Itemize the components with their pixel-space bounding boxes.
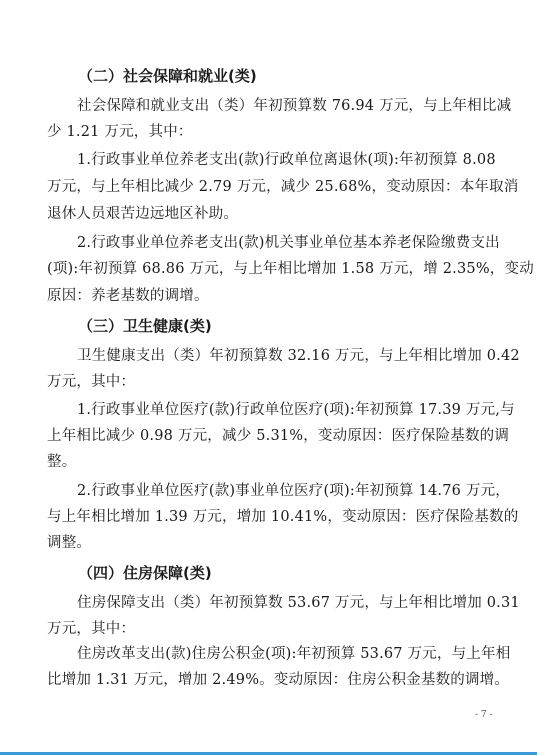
section-heading-health: （三）卫生健康(类) — [78, 316, 212, 336]
paragraph-line: 2.行政事业单位医疗(款)事业单位医疗(项):年初预算 14.76 万元， — [77, 481, 491, 501]
paragraph-line: 上年相比减少 0.98 万元，减少 5.31%，变动原因：医疗保险基数的调 — [47, 426, 491, 446]
document-page: （二）社会保障和就业(类) 社会保障和就业支出（类）年初预算数 76.94 万元… — [0, 0, 537, 755]
paragraph-line: 万元，其中： — [47, 619, 491, 639]
paragraph-line: 整。 — [47, 452, 491, 472]
paragraph-line: 退休人员艰苦边远地区补助。 — [47, 204, 491, 224]
paragraph-line: 1.行政事业单位医疗(款)行政单位医疗(项):年初预算 17.39 万元,与 — [77, 400, 491, 420]
paragraph-line: 比增加 1.31 万元，增加 2.49%。变动原因：住房公积金基数的调增。 — [47, 670, 491, 690]
paragraph-line: 2.行政事业单位养老支出(款)机关事业单位基本养老保险缴费支出 — [77, 233, 491, 253]
paragraph-line: 1.行政事业单位养老支出(款)行政单位离退休(项):年初预算 8.08 — [77, 150, 491, 170]
paragraph-line: 住房保障支出（类）年初预算数 53.67 万元，与上年相比增加 0.31 — [77, 593, 491, 613]
paragraph-line: 万元，与上年相比减少 2.79 万元，减少 25.68%，变动原因：本年取消 — [47, 177, 491, 197]
page-number: - 7 - — [475, 710, 493, 720]
paragraph-line: 社会保障和就业支出（类）年初预算数 76.94 万元，与上年相比减 — [77, 96, 491, 116]
section-heading-social-security: （二）社会保障和就业(类) — [78, 66, 257, 86]
paragraph-line: 与上年相比增加 1.39 万元，增加 10.41%，变动原因：医疗保险基数的 — [47, 507, 491, 527]
paragraph-line: 卫生健康支出（类）年初预算数 32.16 万元，与上年相比增加 0.42 — [77, 346, 491, 366]
paragraph-line: 原因：养老基数的调增。 — [47, 286, 491, 306]
paragraph-line: 万元，其中： — [47, 372, 491, 392]
paragraph-line: (项):年初预算 68.86 万元，与上年相比增加 1.58 万元，增 2.35… — [47, 259, 491, 279]
paragraph-line: 调整。 — [47, 533, 491, 553]
section-heading-housing: （四）住房保障(类) — [78, 563, 212, 583]
paragraph-line: 少 1.21 万元，其中： — [47, 122, 491, 142]
paragraph-line: 住房改革支出(款)住房公积金(项):年初预算 53.67 万元，与上年相 — [77, 644, 491, 664]
